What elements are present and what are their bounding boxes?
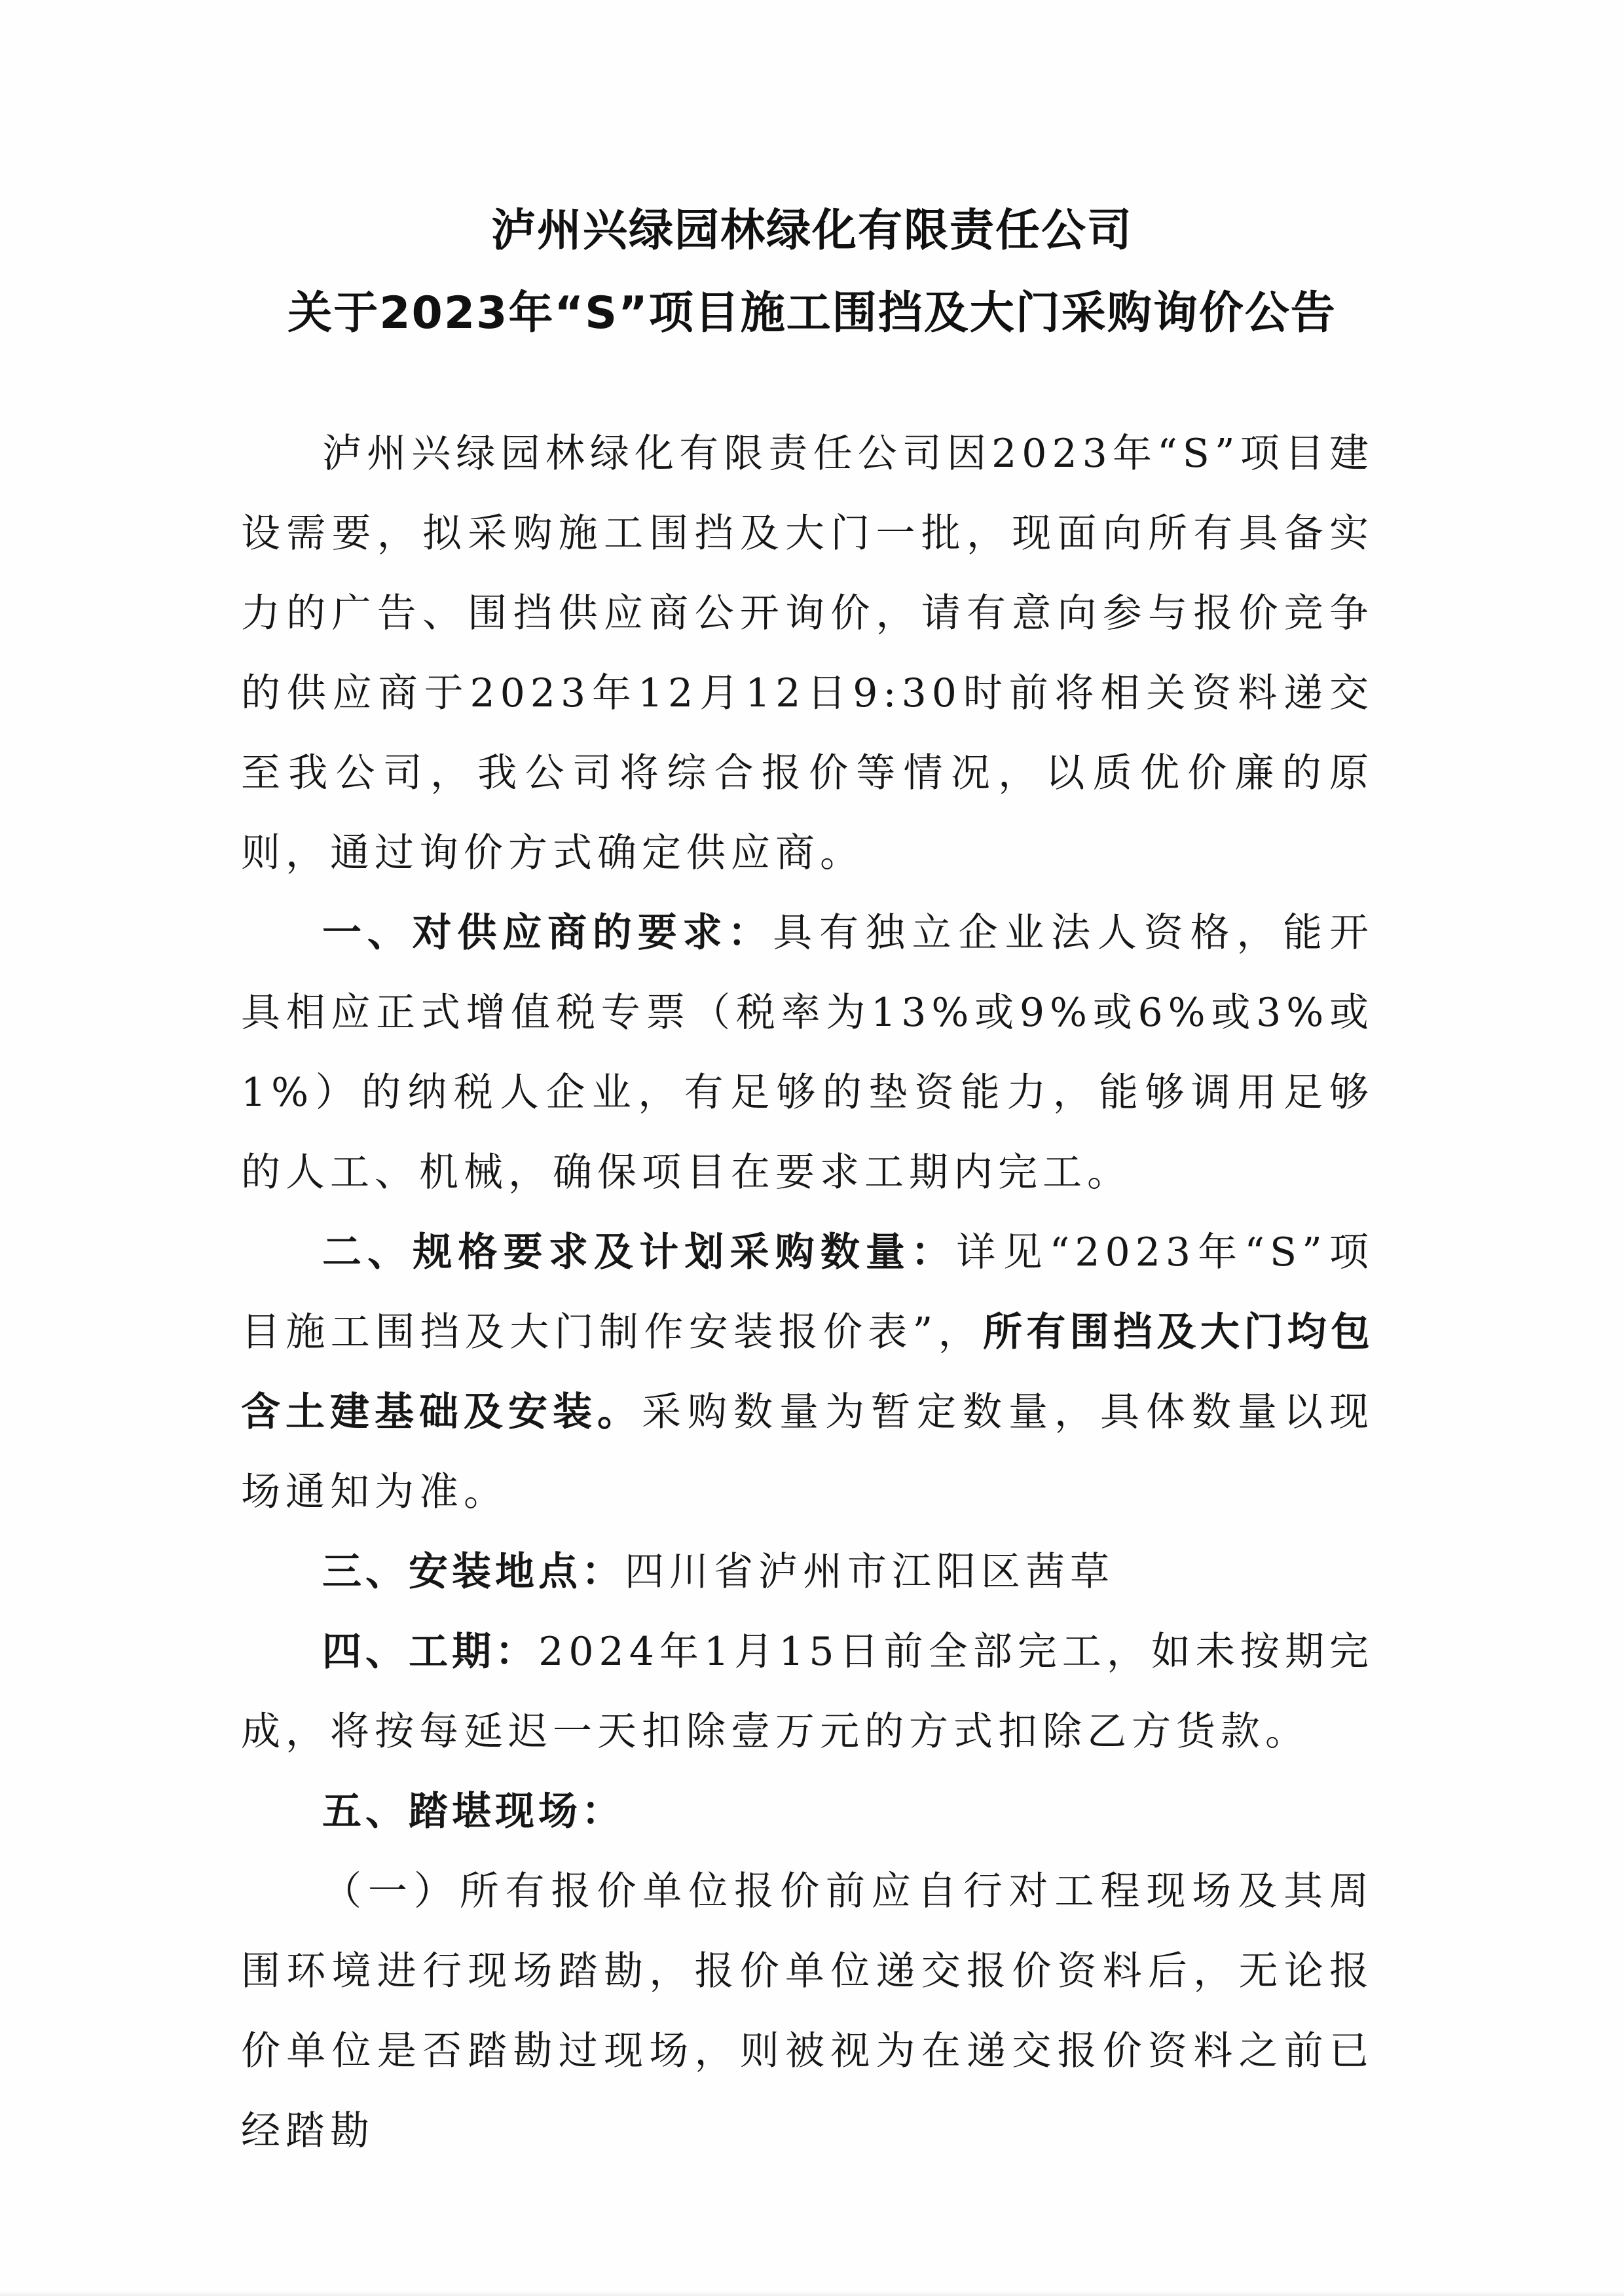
section-3-text: 四川省泸州市江阳区茜草 — [625, 1549, 1115, 1595]
section-3-paragraph: 三、安装地点：四川省泸州市江阳区茜草 — [241, 1532, 1374, 1612]
section-2-paragraph: 二、规格要求及计划采购数量：详见“2023年“S”项目施工围挡及大门制作安装报价… — [241, 1212, 1374, 1532]
section-5-heading: 五、踏堪现场： — [322, 1789, 625, 1834]
section-4-paragraph: 四、工期：2024年1月15日前全部完工，如未按期完成，将按每延迟一天扣除壹万元… — [241, 1612, 1374, 1772]
section-2-heading: 二、规格要求及计划采购数量： — [322, 1230, 956, 1275]
section-1-heading: 一、对供应商的要求： — [322, 910, 773, 956]
intro-paragraph: 泸州兴绿园林绿化有限责任公司因2023年“S”项目建设需要，拟采购施工围挡及大门… — [241, 414, 1374, 893]
section-1-paragraph: 一、对供应商的要求：具有独立企业法人资格，能开具相应正式增值税专票（税率为13%… — [241, 893, 1374, 1212]
title-subject: 关于2023年“S”项目施工围挡及大门采购询价公告 — [0, 272, 1624, 355]
title-company: 泸州兴绿园林绿化有限责任公司 — [0, 190, 1624, 272]
section-5-paragraph: 五、踏堪现场： — [241, 1772, 1374, 1851]
scan-edge-shadow — [0, 2291, 1624, 2296]
document-page: 泸州兴绿园林绿化有限责任公司 关于2023年“S”项目施工围挡及大门采购询价公告… — [0, 0, 1624, 2296]
section-4-heading: 四、工期： — [322, 1629, 538, 1675]
document-body: 泸州兴绿园林绿化有限责任公司因2023年“S”项目建设需要，拟采购施工围挡及大门… — [241, 414, 1374, 2171]
document-title: 泸州兴绿园林绿化有限责任公司 关于2023年“S”项目施工围挡及大门采购询价公告 — [0, 190, 1624, 355]
subsection-1-paragraph: （一）所有报价单位报价前应自行对工程现场及其周围环境进行现场踏勘，报价单位递交报… — [241, 1851, 1374, 2171]
section-3-heading: 三、安装地点： — [322, 1549, 625, 1595]
